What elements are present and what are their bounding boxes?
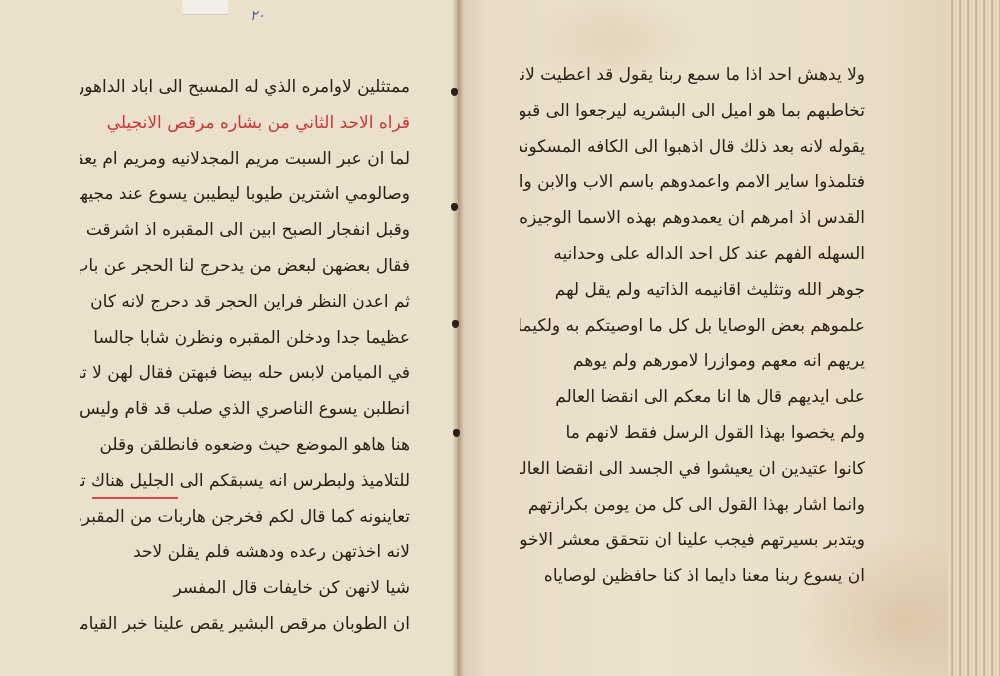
text-line: ان الطوبان مرقص البشير يقص علينا خبر الق…: [80, 607, 410, 643]
text-line: في الميامن لابس حله بيضا فبهتن فقال لهن …: [80, 356, 410, 392]
text-line: كانوا عتيدين ان يعيشوا في الجسد الى انقض…: [520, 452, 865, 488]
text-line: عظيما جدا ودخلن المقبره ونظرن شابا جالسا: [80, 321, 410, 357]
manuscript-spread: ٢٠ ممتثلين لاوامره الذي له المسبح الى اب…: [0, 0, 1000, 676]
text-line: للتلاميذ ولبطرس انه يسبقكم الى الجليل هن…: [80, 464, 410, 500]
text-line: ولا يدهش احد اذا ما سمع ربنا يقول قد اعط…: [520, 58, 865, 94]
text-line: ويتدبر بسيرتهم فيجب علينا ان نتحقق معشر …: [520, 523, 865, 559]
text-line: وصالومي اشترين طيوبا ليطيبن يسوع عند مجي…: [80, 177, 410, 213]
binding-gutter: [452, 0, 464, 676]
text-line: وانما اشار بهذا القول الى كل من يومن بكر…: [520, 488, 865, 524]
binding-stitch-hole: [451, 203, 458, 211]
text-line: تخاطبهم بما هو اميل الى البشريه ليرجعوا …: [520, 94, 865, 130]
text-line: لانه اخذتهن رعده ودهشه فلم يقلن لاحد: [80, 535, 410, 571]
text-line: يريهم انه معهم وموازرا لامورهم ولم يوهم: [520, 344, 865, 380]
text-line: السهله الفهم عند كل احد الداله على وحدان…: [520, 237, 865, 273]
text-line: هنا هاهو الموضع حيث وضعوه فانطلقن وقلن: [80, 428, 410, 464]
text-line: انطلبن يسوع الناصري الذي صلب قد قام وليس…: [80, 392, 410, 428]
folio-number: ٢٠: [250, 8, 265, 24]
binding-stitch-hole: [452, 320, 459, 328]
rubric-heading: قراه الاحد الثاني من بشاره مرقص الانجيلي: [80, 106, 410, 142]
rubric-underline: [92, 497, 178, 499]
text-line-with-rubric: شيا لانهن كن خايفات قال المفسر: [80, 571, 410, 607]
text-line: فتلمذوا ساير الامم واعمدوهم باسم الاب وا…: [520, 165, 865, 201]
text-line: ان يسوع ربنا معنا دايما اذ كنا حافظين لو…: [520, 559, 865, 595]
paper-tab: [182, 0, 228, 15]
text-line: جوهر الله وتثليث اقانيمه الذاتيه ولم يقل…: [520, 273, 865, 309]
text-line: علموهم بعض الوصايا بل كل ما اوصيتكم به و…: [520, 309, 865, 345]
right-page-text: ولا يدهش احد اذا ما سمع ربنا يقول قد اعط…: [520, 58, 865, 595]
text-line: يقوله لانه بعد ذلك قال اذهبوا الى الكافه…: [520, 130, 865, 166]
text-line: على ايديهم قال ها انا معكم الى انقضا الع…: [520, 380, 865, 416]
text-line: ثم اعدن النظر فراين الحجر قد دحرج لانه ك…: [80, 285, 410, 321]
text-line: ممتثلين لاوامره الذي له المسبح الى اباد …: [80, 70, 410, 106]
text-line: ولم يخصوا بهذا القول الرسل فقط لانهم ما: [520, 416, 865, 452]
text-line: لما ان عبر السبت مريم المجدلانيه ومريم ا…: [80, 142, 410, 178]
text-line: تعاينونه كما قال لكم فخرجن هاربات من الم…: [80, 500, 410, 536]
binding-stitch-hole: [451, 88, 458, 96]
text-line: وقبل انفجار الصبح ابين الى المقبره اذ اش…: [80, 213, 410, 249]
text-line: فقال بعضهن لبعض من يدحرج لنا الحجر عن با…: [80, 249, 410, 285]
page-block-edges: [948, 0, 1000, 676]
binding-stitch-hole: [453, 429, 460, 437]
text-line: القدس اذ امرهم ان يعمدوهم بهذه الاسما ال…: [520, 201, 865, 237]
left-page-text: ممتثلين لاوامره الذي له المسبح الى اباد …: [80, 70, 410, 643]
